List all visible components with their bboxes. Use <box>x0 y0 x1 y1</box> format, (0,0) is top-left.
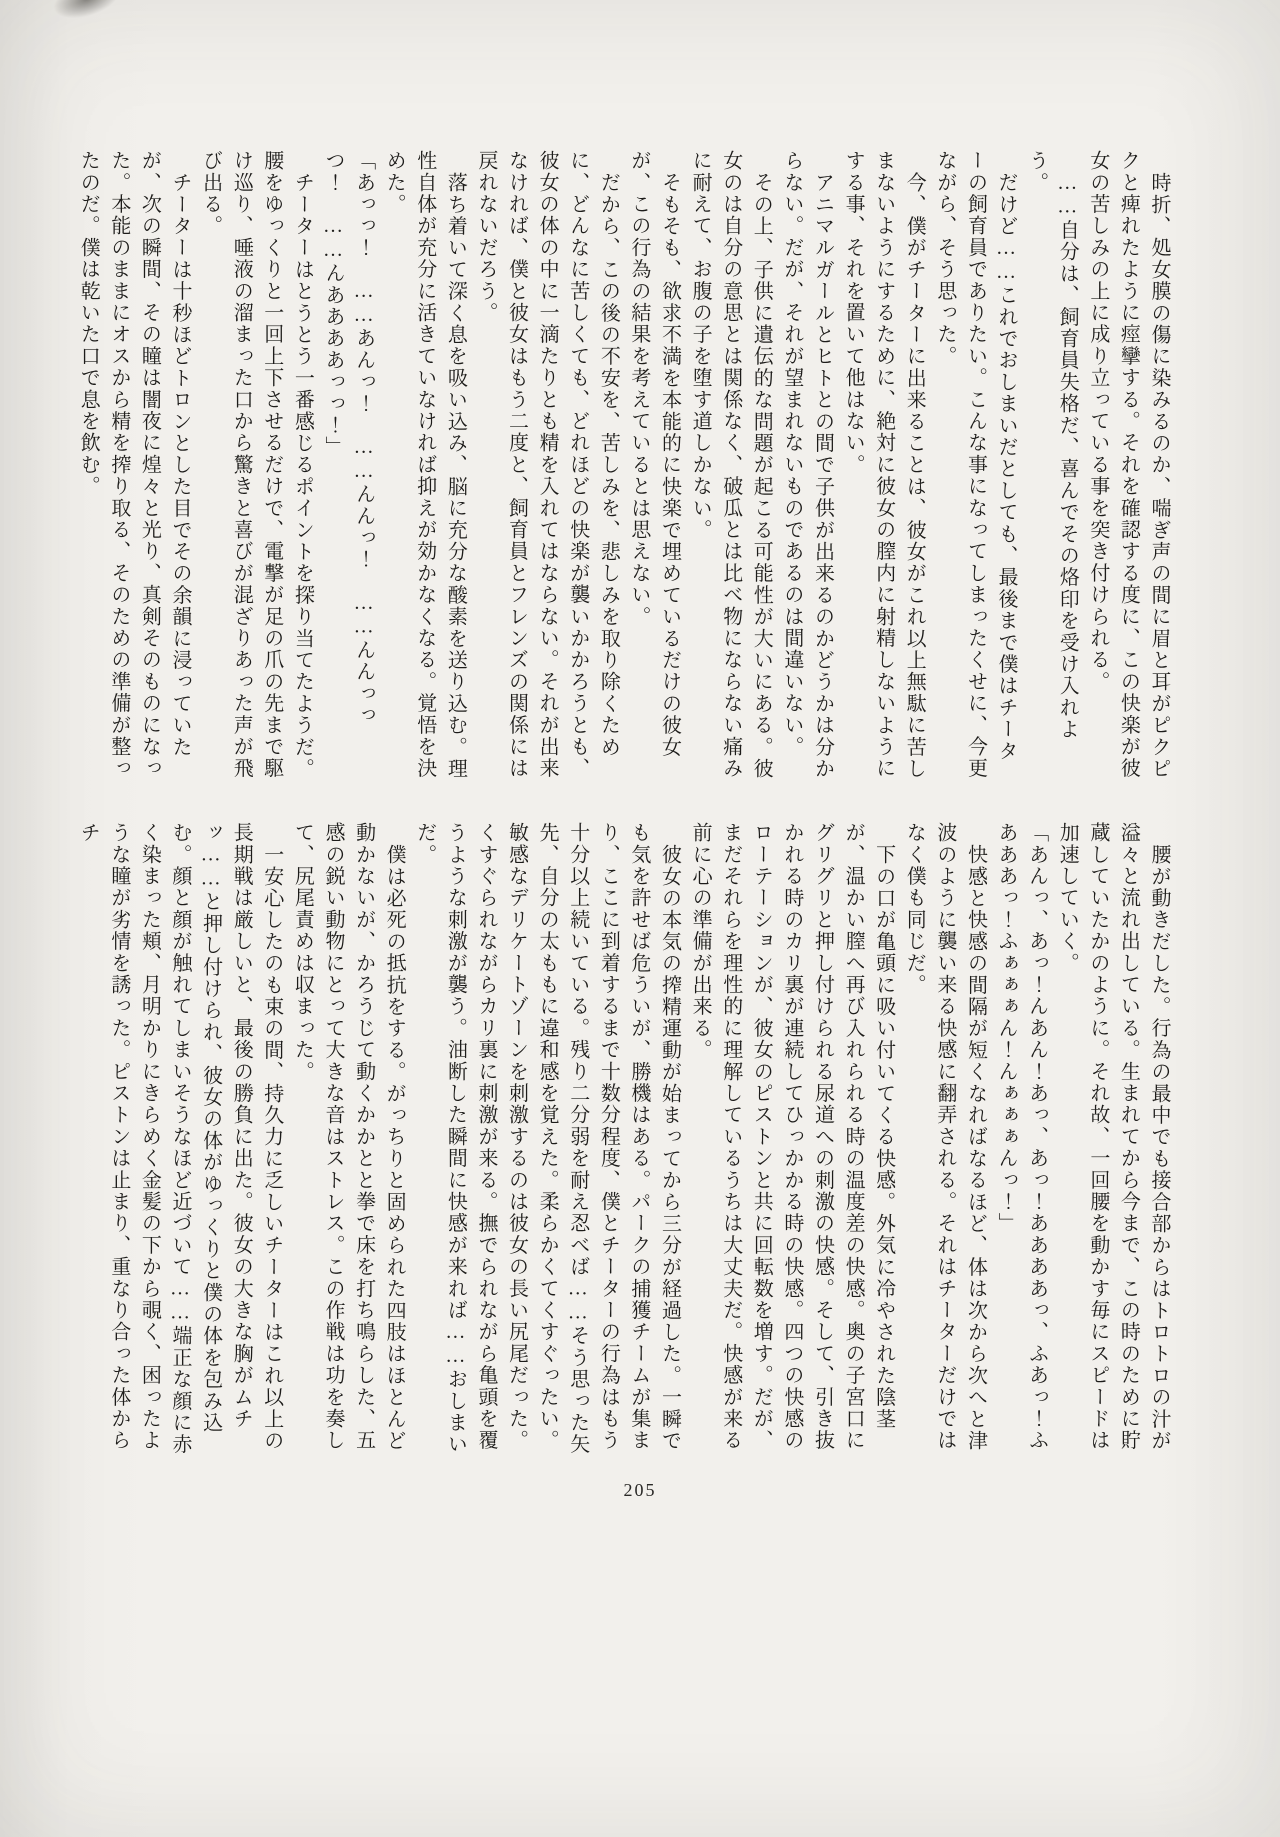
paragraph: 「あっっ！ ……あんっ！ ……んんっ！ ……んんっっつ！ ……んああああっっ！」 <box>317 150 378 782</box>
paragraph: ……自分は、飼育員失格だ、喜んでその烙印を受け入れよう。 <box>1021 150 1082 782</box>
paragraph: 僕は必死の抵抗をする。がっちりと固められた四肢はほとんど動かないが、かろうじて動… <box>287 822 409 1458</box>
paragraph: チーターはとうとう一番感じるポイントを探り当てたようだ。腰をゆっくりと一回上下さ… <box>195 150 317 782</box>
paragraph: チーターは十秒ほどトロンとした目でその余韻に浸っていたが、次の瞬間、その瞳は闇夜… <box>73 150 195 782</box>
paragraph: その上、子供に遺伝的な問題が起こる可能性が大いにある。彼女のは自分の意思とは関係… <box>685 150 777 782</box>
paragraph: 一安心したのも束の間、持久力に乏しいチーターはこれ以上の長期戦は厳しいと、最後の… <box>73 822 287 1458</box>
scan-corner-smudge <box>48 0 125 26</box>
page-number: 205 <box>0 1480 1280 1501</box>
paragraph: そもそも、欲求不満を本能的に快楽で埋めているだけの彼女が、この行為の結果を考えて… <box>623 150 684 782</box>
bottom-text-block: 腰が動きだした。行為の最中でも接合部からはトロトロの汁が溢々と流れ出している。生… <box>100 822 1174 1458</box>
paragraph: アニマルガールとヒトとの間で子供が出来るのかどうかは分からない。だが、それが望ま… <box>776 150 837 782</box>
paragraph: 今、僕がチーターに出来ることは、彼女がこれ以上無駄に苦しまないようにするために、… <box>837 150 929 782</box>
paragraph: 彼女の本気の搾精運動が始まってから三分が経過した。一瞬でも気を許せば危ういが、勝… <box>409 822 684 1458</box>
top-text-block: 時折、処女膜の傷に染みるのか、喘ぎ声の間に眉と耳がピクピクと痺れたように痙攣する… <box>100 150 1174 782</box>
paragraph: 快感と快感の間隔が短くなればなるほど、体は次から次へと津波のように襲い来る快感に… <box>899 822 991 1458</box>
paragraph: 時折、処女膜の傷に染みるのか、喘ぎ声の間に眉と耳がピクピクと痺れたように痙攣する… <box>1082 150 1174 782</box>
paragraph: だから、この後の不安を、苦しみを、悲しみを取り除くために、どんなに苦しくても、ど… <box>470 150 623 782</box>
paragraph: だけど……これでおしまいだとしても、最後まで僕はチーターの飼育員でありたい。こん… <box>929 150 1021 782</box>
paragraph: 下の口が亀頭に吸い付いてくる快感。外気に冷やされた陰茎が、温かい膣へ再び入れられ… <box>685 822 899 1458</box>
paragraph: 落ち着いて深く息を吸い込み、脳に充分な酸素を送り込む。理性自体が充分に活きていな… <box>379 150 471 782</box>
paragraph: 腰が動きだした。行為の最中でも接合部からはトロトロの汁が溢々と流れ出している。生… <box>1052 822 1174 1458</box>
scanned-document-page: 時折、処女膜の傷に染みるのか、喘ぎ声の間に眉と耳がピクピクと痺れたように痙攣する… <box>0 0 1280 1837</box>
paragraph: 「あんっ、あっ！んあん！あっ、あっ！ああああっ、ふあっ！ふあああっ！ふぁぁぁん！… <box>990 822 1051 1458</box>
